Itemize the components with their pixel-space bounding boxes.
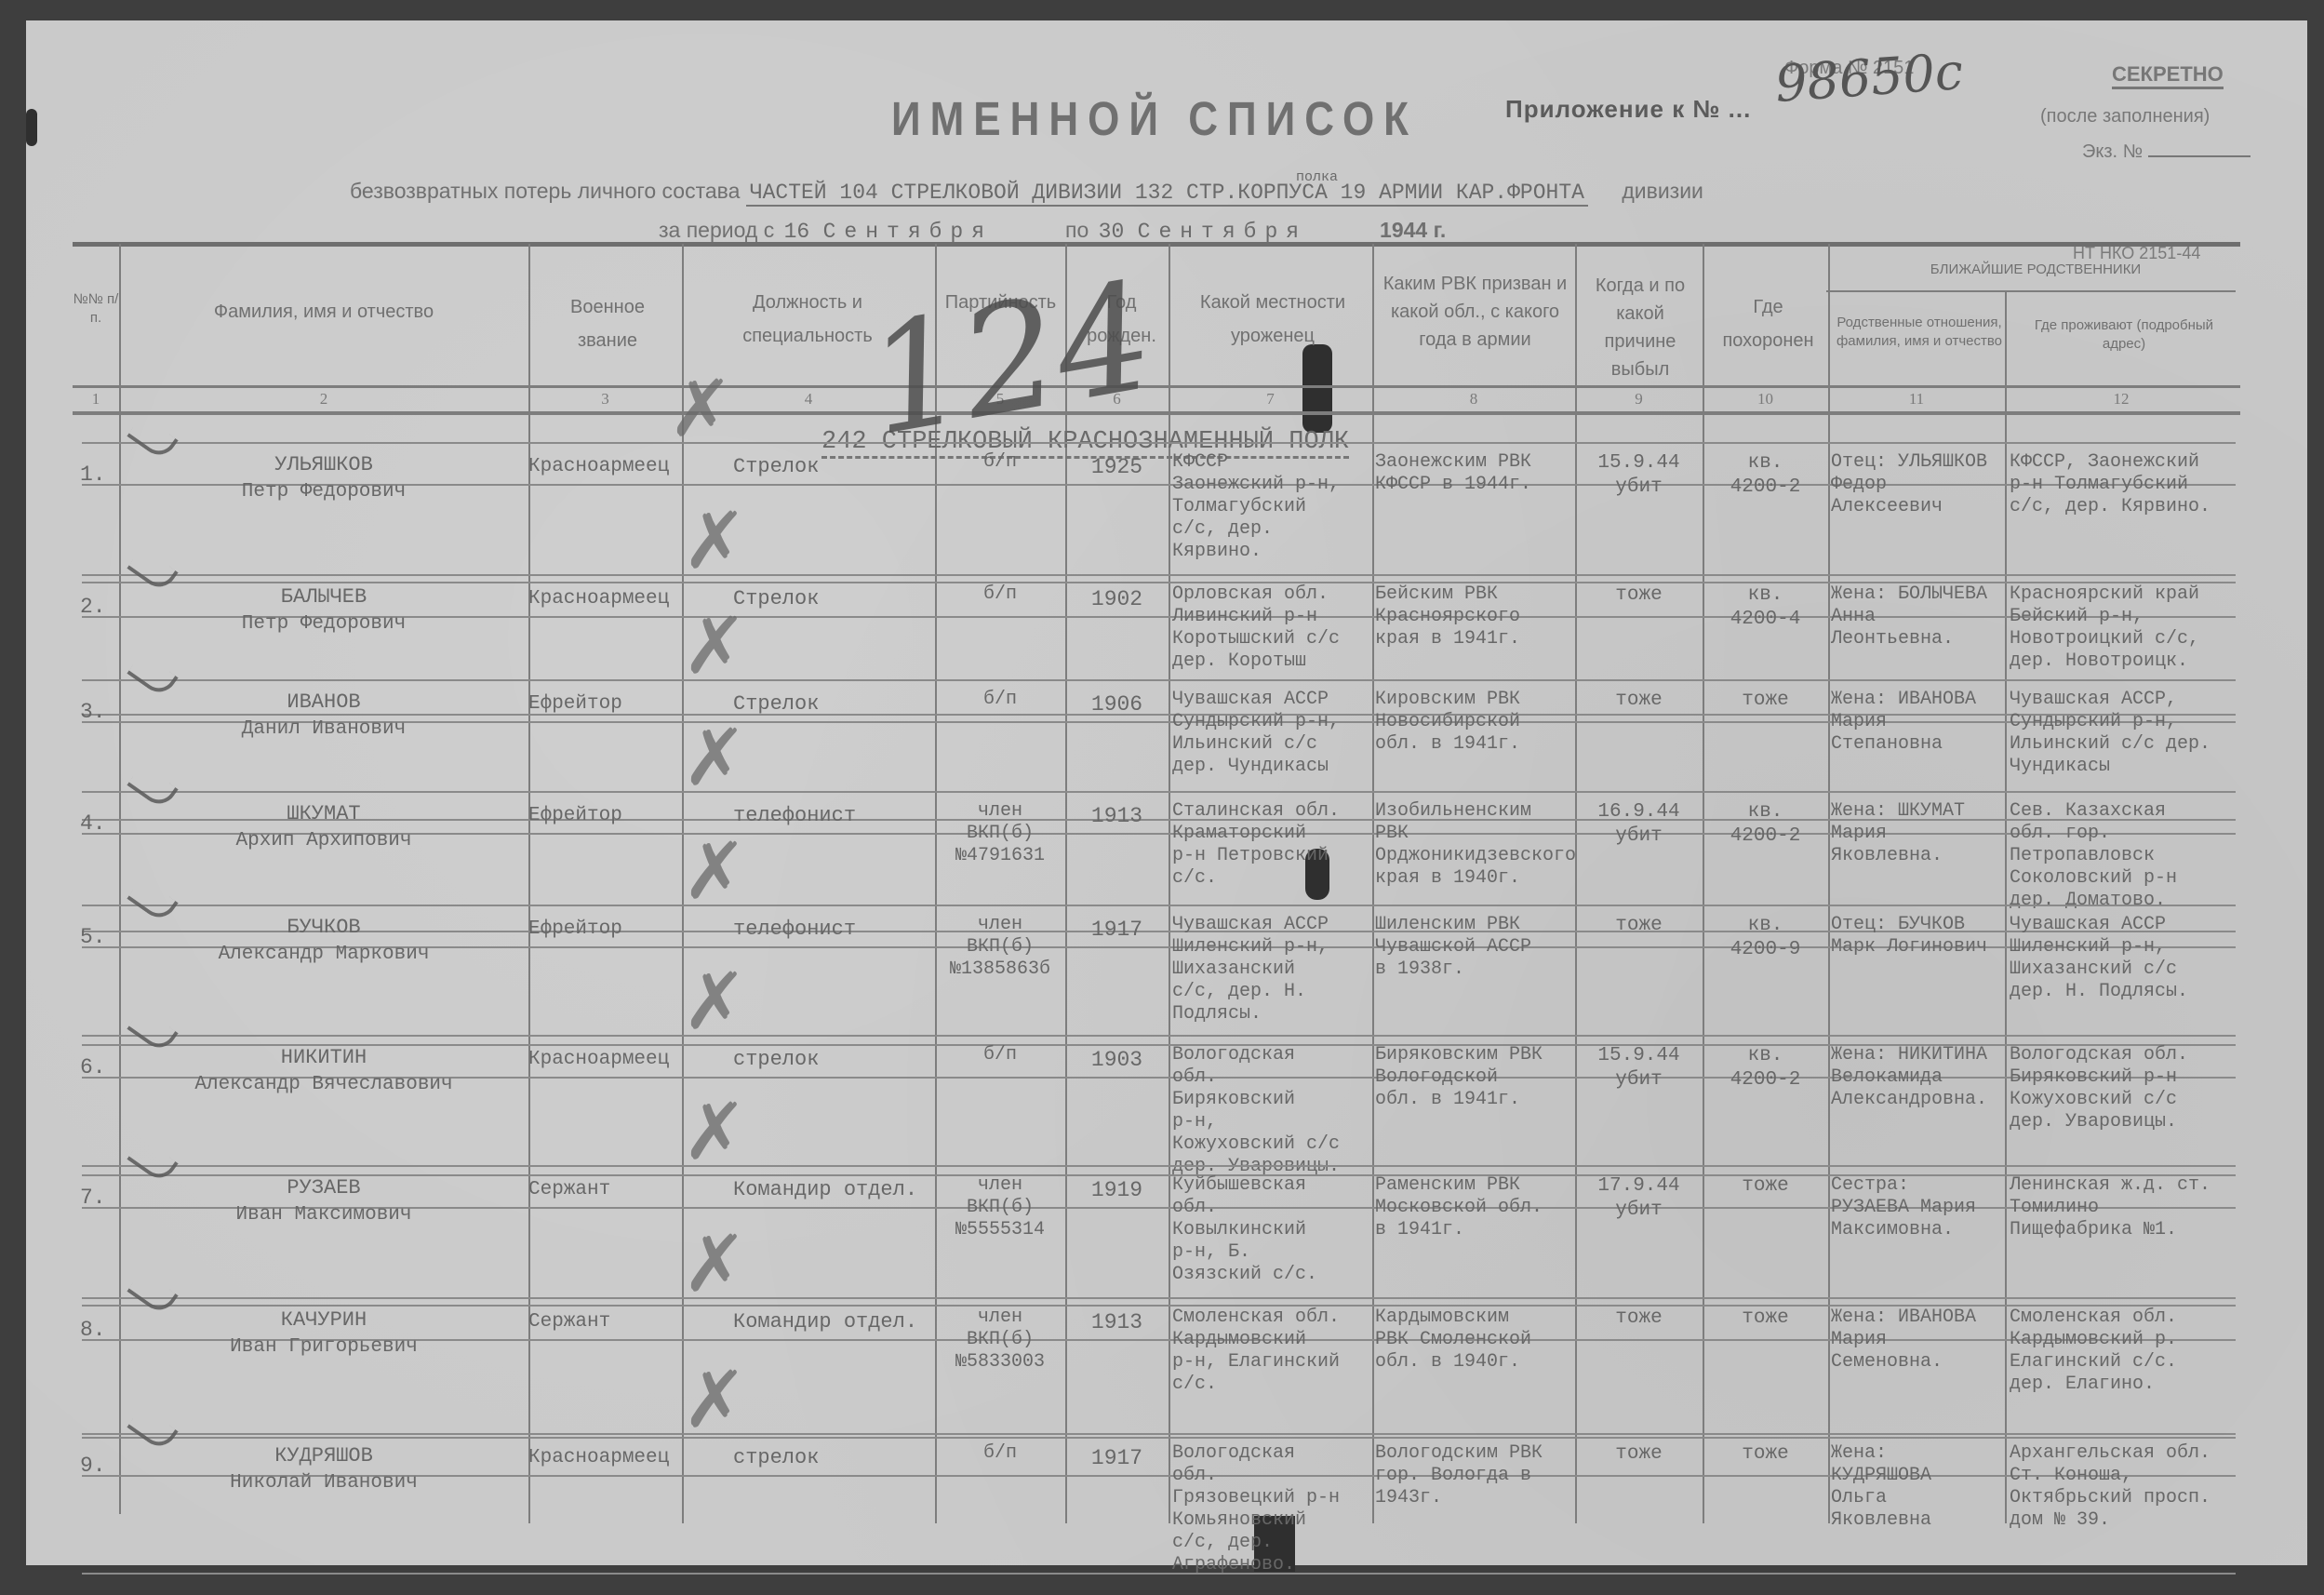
date-reason: 15.9.44 убит bbox=[1575, 1044, 1703, 1092]
relative-address: Вологодская обл. Биряковский р-н Кожухов… bbox=[2010, 1044, 2188, 1133]
date-reason: тоже bbox=[1575, 583, 1703, 608]
header-col-3: Военное звание bbox=[547, 290, 668, 357]
date-reason: тоже bbox=[1575, 689, 1703, 713]
position: Стрелок bbox=[733, 451, 819, 483]
date-reason: 17.9.44 убит bbox=[1575, 1174, 1703, 1223]
rank: Ефрейтор bbox=[528, 689, 622, 720]
unit-name: ЧАСТЕЙ 104 СТРЕЛКОВОЙ ДИВИЗИИ 132 СТР.КО… bbox=[746, 181, 1588, 207]
birth-year: 1919 bbox=[1065, 1174, 1169, 1206]
row-rule bbox=[82, 1573, 2236, 1575]
relative-address: Ленинская ж.д. ст. Томилино Пищефабрика … bbox=[2010, 1174, 2210, 1241]
row-number: 2. bbox=[80, 591, 106, 623]
rvk: Биряковским РВК Вологодской обл. в 1941г… bbox=[1375, 1044, 1543, 1111]
colnum: 2 bbox=[119, 390, 528, 409]
given-name: Александр Маркович bbox=[119, 939, 528, 971]
rvk: Заонежским РВК КФССР в 1944г. bbox=[1375, 451, 1531, 496]
row-number: 7. bbox=[80, 1182, 106, 1213]
copy-number-field: Экз. № bbox=[2082, 141, 2251, 163]
relative-address: Красноярский край Бейский р-н, Новотроиц… bbox=[2010, 583, 2199, 673]
relative-address: Архангельская обл. Ст. Коноша, Октябрьск… bbox=[2010, 1442, 2210, 1532]
party: член ВКП(б) №4791631 bbox=[935, 800, 1065, 867]
party: б/п bbox=[935, 1442, 1065, 1465]
given-name: Николай Иванович bbox=[119, 1468, 528, 1499]
unit-correction: полка bbox=[1296, 169, 1338, 185]
party: б/п bbox=[935, 689, 1065, 711]
given-name: Иван Григорьевич bbox=[119, 1332, 528, 1363]
birthplace: Чувашская АССР Сундырский р-н, Ильинский… bbox=[1172, 689, 1340, 778]
given-name: Петр Федорович bbox=[119, 609, 528, 640]
position: стрелок bbox=[733, 1044, 819, 1076]
relative: Отец: БУЧКОВ Марк Логинович bbox=[1831, 914, 1987, 958]
attachment-stamp: Приложение к № ... bbox=[1505, 95, 1751, 124]
relatives-group-header: БЛИЖАЙШИЕ РОДСТВЕННИКИ bbox=[1836, 261, 2236, 279]
colnum: 7 bbox=[1169, 390, 1372, 409]
party: член ВКП(б) №1385863б bbox=[935, 914, 1065, 981]
rvk: Вологодским РВК гор. Вологда в 1943г. bbox=[1375, 1442, 1543, 1509]
document-page: ИМЕННОЙ СПИСОК Форма № 2151 98650с Прило… bbox=[26, 20, 2307, 1565]
given-name: Иван Максимович bbox=[119, 1200, 528, 1231]
row-rule bbox=[82, 1433, 2236, 1435]
colnum: 9 bbox=[1575, 390, 1703, 409]
row-rule bbox=[82, 679, 2236, 681]
x-mark-icon: ✗ bbox=[682, 1218, 747, 1309]
burial-place: кв. 4200-2 bbox=[1703, 1044, 1828, 1092]
birthplace: КФССР Заонежский р-н, Толмагубский с/с, … bbox=[1172, 451, 1340, 563]
header-col-9: Когда и по какой причине выбыл bbox=[1580, 272, 1701, 383]
burial-place: кв. 4200-2 bbox=[1703, 800, 1828, 849]
rank: Ефрейтор bbox=[528, 914, 622, 945]
row-rule bbox=[82, 905, 2236, 906]
relative: Жена: ШКУМАТ Мария Яковлевна. bbox=[1831, 800, 1965, 867]
birth-year: 1906 bbox=[1065, 689, 1169, 720]
rank: Красноармеец bbox=[528, 451, 669, 483]
date-reason: тоже bbox=[1575, 914, 1703, 938]
row-rule bbox=[82, 1297, 2236, 1299]
rvk: Кардымовским РВК Смоленской обл. в 1940г… bbox=[1375, 1307, 1531, 1374]
colnum: 3 bbox=[528, 390, 682, 409]
ink-blot bbox=[26, 109, 37, 146]
row-number: 1. bbox=[80, 459, 106, 490]
burial-place: тоже bbox=[1703, 1442, 1828, 1467]
burial-place: кв. 4200-9 bbox=[1703, 914, 1828, 962]
row-number: 5. bbox=[80, 921, 106, 953]
relative: Сестра: РУЗАЕВА Мария Максимовна. bbox=[1831, 1174, 1976, 1241]
relative: Жена: КУДРЯШОВА Ольга Яковлевна bbox=[1831, 1442, 1931, 1532]
relative: Жена: БОЛЫЧЕВА Анна Леонтьевна. bbox=[1831, 583, 1987, 650]
burial-place: тоже bbox=[1703, 689, 1828, 713]
date-reason: тоже bbox=[1575, 1442, 1703, 1467]
header-col-10: Где похоронен bbox=[1710, 290, 1826, 357]
after-filling-note: (после заполнения) bbox=[2040, 106, 2210, 127]
rvk: Изобильненским РВК Орджоникидзевского кр… bbox=[1375, 800, 1576, 890]
colnum: 1 bbox=[73, 390, 119, 409]
row-number: 6. bbox=[80, 1052, 106, 1083]
row-rule bbox=[82, 1437, 2236, 1439]
birthplace: Смоленская обл. Кардымовский р-н, Елагин… bbox=[1172, 1307, 1340, 1396]
header-col-1: №№ п/п. bbox=[73, 290, 119, 328]
relative-address: КФССР, Заонежский р-н Толмагубский с/с, … bbox=[2010, 451, 2210, 518]
position: телефонист bbox=[733, 800, 856, 832]
row-rule bbox=[82, 1035, 2236, 1037]
x-mark-icon: ✗ bbox=[682, 495, 747, 586]
rank: Ефрейтор bbox=[528, 800, 622, 832]
birth-year: 1917 bbox=[1065, 914, 1169, 945]
birthplace: Чувашская АССР Шиленский р-н, Шихазански… bbox=[1172, 914, 1329, 1025]
birth-year: 1913 bbox=[1065, 800, 1169, 832]
birthplace: Куйбышевская обл. Ковылкинский р-н, Б. О… bbox=[1172, 1174, 1317, 1286]
relative-address: Чувашская АССР Шиленский р-н, Шихазански… bbox=[2010, 914, 2188, 1003]
birth-year: 1917 bbox=[1065, 1442, 1169, 1474]
x-mark-icon: ✗ bbox=[682, 956, 747, 1047]
relative-address: Чувашская АССР, Сундырский р-н, Ильински… bbox=[2010, 689, 2210, 778]
rank: Сержант bbox=[528, 1307, 610, 1338]
handwritten-archive-number: 98650с bbox=[1773, 42, 1965, 114]
x-mark-icon: ✗ bbox=[682, 712, 747, 803]
row-number: 8. bbox=[80, 1314, 106, 1346]
given-name: Александр Вячеславович bbox=[119, 1069, 528, 1101]
header-col-2: Фамилия, имя и отчество bbox=[119, 295, 528, 328]
birthplace: Вологодская обл. Грязовецкий р-н Комьяно… bbox=[1172, 1442, 1340, 1576]
row-number: 9. bbox=[80, 1450, 106, 1481]
table-top-border bbox=[73, 242, 2240, 247]
burial-place: кв. 4200-2 bbox=[1703, 451, 1828, 500]
rank: Красноармеец bbox=[528, 583, 669, 615]
col-line bbox=[1828, 244, 1830, 1523]
relative: Жена: ИВАНОВА Мария Семеновна. bbox=[1831, 1307, 1976, 1374]
row-rule bbox=[82, 1165, 2236, 1167]
relative-address: Смоленская обл. Кардымовский р. Елагинск… bbox=[2010, 1307, 2177, 1396]
rvk: Кировским РВК Новосибирской обл. в 1941г… bbox=[1375, 689, 1520, 756]
row-rule bbox=[82, 791, 2236, 793]
row-rule bbox=[82, 574, 2236, 576]
party: б/п bbox=[935, 583, 1065, 606]
relative: Отец: УЛЬЯШКОВ Федор Алексеевич bbox=[1831, 451, 1987, 518]
position: Командир отдел. bbox=[733, 1307, 917, 1338]
birthplace: Сталинская обл. Краматорский р-н Петровс… bbox=[1172, 800, 1340, 890]
given-name: Архип Архипович bbox=[119, 825, 528, 857]
col-line bbox=[1372, 244, 1374, 1523]
rvk: Шиленским РВК Чувашской АССР в 1938г. bbox=[1375, 914, 1531, 981]
rank: Красноармеец bbox=[528, 1442, 669, 1474]
birthplace: Орловская обл. Ливинский р-н Коротышский… bbox=[1172, 583, 1340, 673]
header-col-11: Родственные отношения, фамилия, имя и от… bbox=[1836, 314, 2003, 351]
rank: Сержант bbox=[528, 1174, 610, 1206]
x-mark-icon: ✗ bbox=[682, 825, 747, 917]
birthplace: Вологодская обл. Биряковский р-н, Кожухо… bbox=[1172, 1044, 1340, 1178]
row-number: 4. bbox=[80, 808, 106, 839]
page-title: ИМЕННОЙ СПИСОК bbox=[891, 93, 1418, 147]
classification-label: СЕКРЕТНО bbox=[2112, 62, 2224, 89]
burial-place: тоже bbox=[1703, 1307, 1828, 1331]
col-line bbox=[1703, 244, 1704, 1523]
relatives-divider bbox=[1826, 290, 2236, 292]
colnum: 11 bbox=[1828, 390, 2005, 409]
position: телефонист bbox=[733, 914, 856, 945]
colnum: 10 bbox=[1703, 390, 1828, 409]
colnum: 8 bbox=[1372, 390, 1575, 409]
relative-address: Сев. Казахская обл. гор. Петропавловск С… bbox=[2010, 800, 2177, 912]
birth-year: 1902 bbox=[1065, 583, 1169, 615]
date-reason: 16.9.44 убит bbox=[1575, 800, 1703, 849]
party: б/п bbox=[935, 451, 1065, 474]
birth-year: 1913 bbox=[1065, 1307, 1169, 1338]
x-mark-icon: ✗ bbox=[682, 1354, 747, 1445]
subtitle-unit-line: безвозвратных потерь личного состава ЧАС… bbox=[350, 179, 1703, 207]
date-reason: тоже bbox=[1575, 1307, 1703, 1331]
birth-year: 1925 bbox=[1065, 451, 1169, 483]
burial-place: тоже bbox=[1703, 1174, 1828, 1199]
party: б/п bbox=[935, 1044, 1065, 1066]
row-rule bbox=[82, 442, 2236, 444]
colnum: 12 bbox=[2005, 390, 2237, 409]
party: член ВКП(б) №5833003 bbox=[935, 1307, 1065, 1374]
row-number: 3. bbox=[80, 696, 106, 728]
x-mark-icon: ✗ bbox=[682, 600, 747, 691]
x-mark-icon: ✗ bbox=[682, 1086, 747, 1177]
x-mark-icon: ✗ bbox=[668, 363, 733, 454]
given-name: Петр Федорович bbox=[119, 476, 528, 508]
position: стрелок bbox=[733, 1442, 819, 1474]
rank: Красноармеец bbox=[528, 1044, 669, 1076]
relative: Жена: ИВАНОВА Мария Степановна bbox=[1831, 689, 1976, 756]
rvk: Бейским РВК Красноярского края в 1941г. bbox=[1375, 583, 1520, 650]
party: член ВКП(б) №5555314 bbox=[935, 1174, 1065, 1241]
birth-year: 1903 bbox=[1065, 1044, 1169, 1076]
given-name: Данил Иванович bbox=[119, 714, 528, 745]
header-col-7: Какой местности уроженец bbox=[1175, 286, 1370, 353]
hole-mark bbox=[1302, 344, 1332, 433]
burial-place: кв. 4200-4 bbox=[1703, 583, 1828, 632]
header-col-8: Каким РВК призван и какой обл., с какого… bbox=[1380, 270, 1570, 354]
date-reason: 15.9.44 убит bbox=[1575, 451, 1703, 500]
relative: Жена: НИКИТИНА Велокамида Александровна. bbox=[1831, 1044, 1987, 1111]
rvk: Раменским РВК Московской обл. в 1941г. bbox=[1375, 1174, 1543, 1241]
header-col-12: Где проживают (подробный адрес) bbox=[2012, 316, 2236, 354]
position: Командир отдел. bbox=[733, 1174, 917, 1206]
